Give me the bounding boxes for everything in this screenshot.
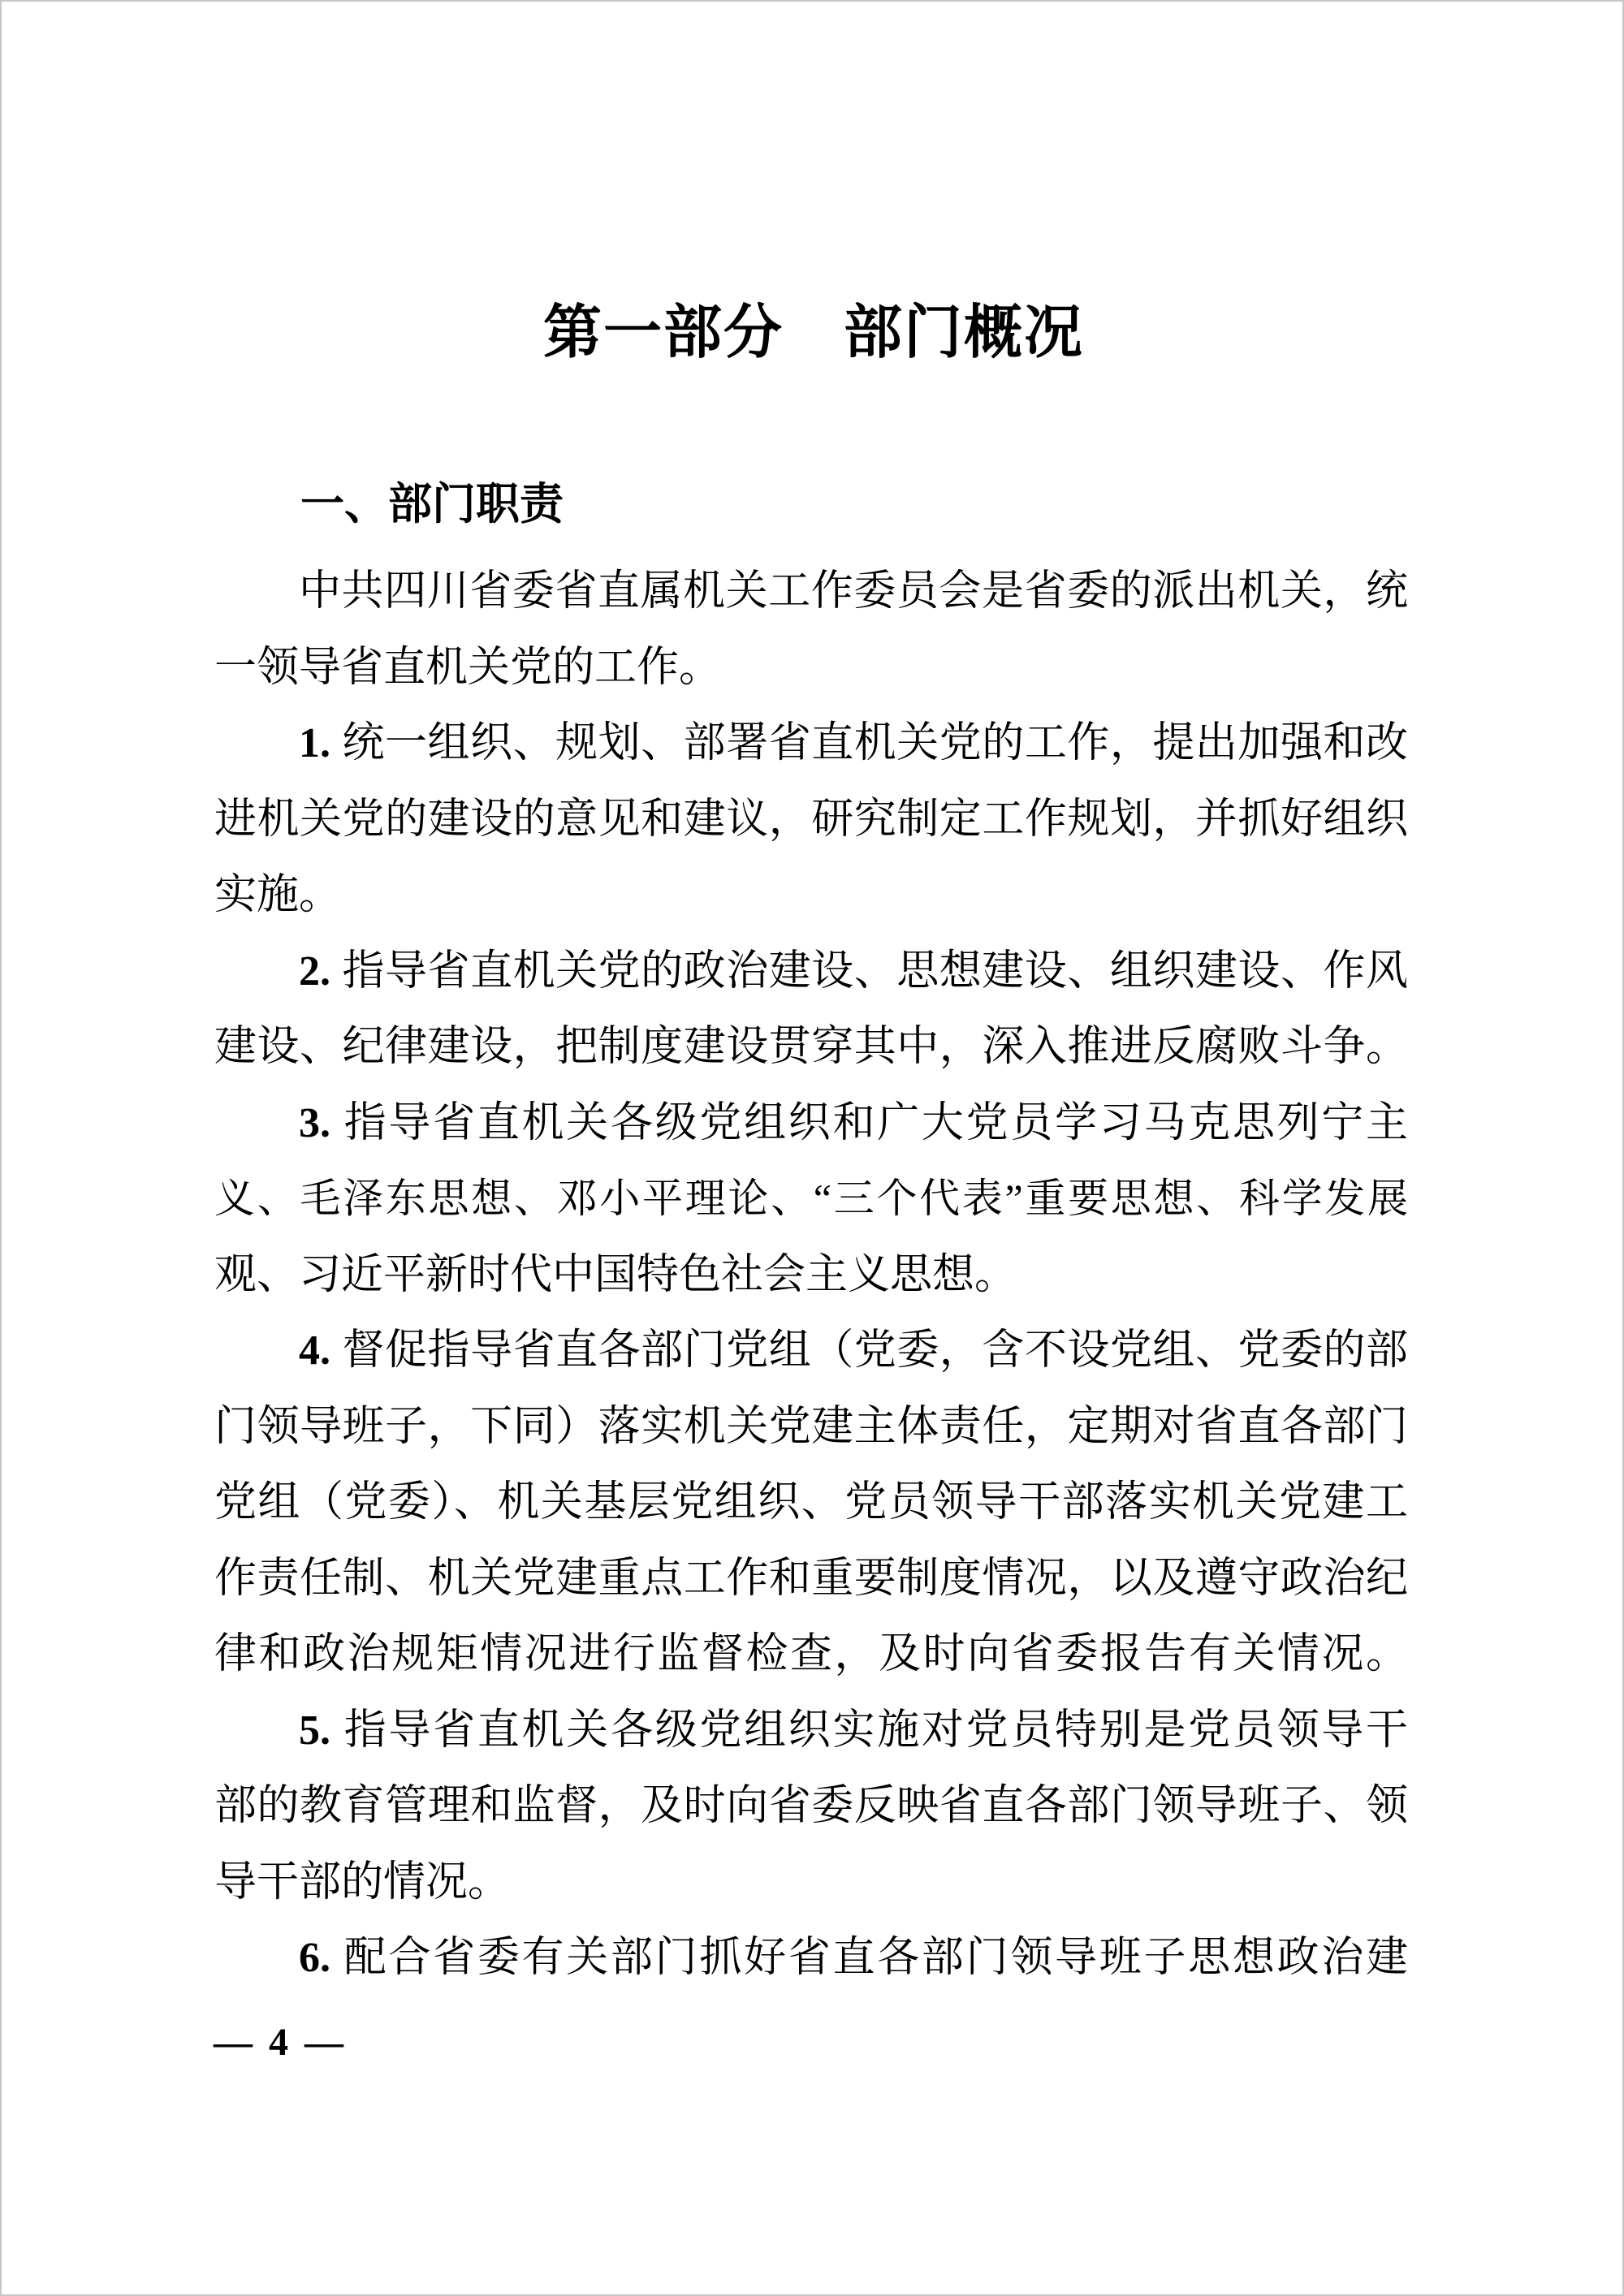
body-line: 观、习近平新时代中国特色社会主义思想。 (214, 1237, 1408, 1314)
body-line: 3.指导省直机关各级党组织和广大党员学习马克思列宁主 (214, 1085, 1408, 1162)
body-line: 进机关党的建设的意见和建议，研究制定工作规划，并抓好组织 (214, 782, 1408, 858)
item-number: 6. (299, 1935, 330, 1981)
body-line: 中共四川省委省直属机关工作委员会是省委的派出机关，统 (214, 554, 1408, 630)
item-number: 1. (299, 720, 330, 766)
body-line: 4.督促指导省直各部门党组（党委，含不设党组、党委的部 (214, 1313, 1408, 1389)
page-number: — 4 — (214, 2020, 347, 2065)
item-number: 5. (299, 1707, 330, 1754)
body-text: 中共四川省委省直属机关工作委员会是省委的派出机关，统 一领导省直机关党的工作。 … (214, 554, 1408, 1996)
body-line: 义、毛泽东思想、邓小平理论、“三个代表”重要思想、科学发展 (214, 1161, 1408, 1237)
body-line: 6.配合省委有关部门抓好省直各部门领导班子思想政治建 (214, 1920, 1408, 1996)
body-line: 作责任制、机关党建重点工作和重要制度情况，以及遵守政治纪 (214, 1541, 1408, 1617)
body-line: 5.指导省直机关各级党组织实施对党员特别是党员领导干 (214, 1693, 1408, 1769)
body-line: 导干部的情况。 (214, 1845, 1408, 1921)
body-line: 1.统一组织、规划、部署省直机关党的工作，提出加强和改 (214, 706, 1408, 782)
item-number: 3. (299, 1100, 330, 1146)
body-line: 一领导省直机关党的工作。 (214, 630, 1408, 706)
body-line: 实施。 (214, 857, 1408, 934)
section-heading: 一、部门职责 (300, 479, 564, 529)
body-line: 党组（党委）、机关基层党组织、党员领导干部落实机关党建工 (214, 1465, 1408, 1541)
item-number: 2. (299, 948, 330, 995)
document-page: 第一部分 部门概况 一、部门职责 中共四川省委省直属机关工作委员会是省委的派出机… (0, 0, 1624, 2296)
body-line: 门领导班子，下同）落实机关党建主体责任，定期对省直各部门 (214, 1389, 1408, 1465)
body-line: 律和政治规矩情况进行监督检查，及时向省委报告有关情况。 (214, 1616, 1408, 1693)
body-line: 2.指导省直机关党的政治建设、思想建设、组织建设、作风 (214, 934, 1408, 1010)
item-number: 4. (299, 1327, 330, 1374)
page-title: 第一部分 部门概况 (2, 300, 1624, 365)
body-line: 建设、纪律建设，把制度建设贯穿其中，深入推进反腐败斗争。 (214, 1009, 1408, 1085)
body-line: 部的教育管理和监督，及时向省委反映省直各部门领导班子、领 (214, 1768, 1408, 1845)
